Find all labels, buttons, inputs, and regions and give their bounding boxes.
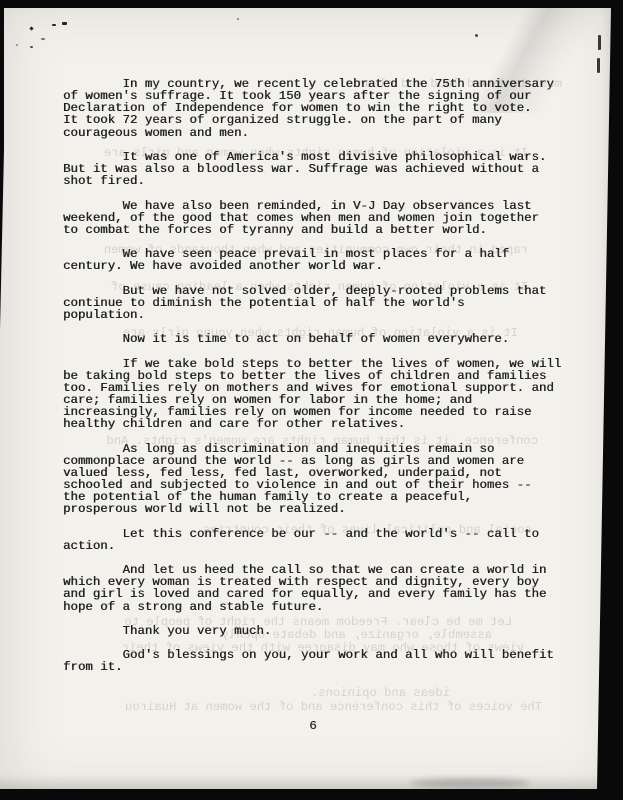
staple-mark-icon (597, 58, 600, 73)
paragraph: As long as discrimination and inequities… (63, 443, 569, 516)
staple-mark-icon (598, 35, 601, 50)
ink-speck (52, 24, 56, 26)
paper-sheet: must be heard loud and clear. It is a vi… (0, 0, 623, 800)
paragraph: But we have not solved older, deeply-roo… (63, 285, 569, 321)
paragraph: We have also been reminded, in V-J Day o… (63, 200, 569, 236)
paragraph: We have seen peace prevail in most place… (63, 248, 569, 272)
ink-speck (16, 44, 18, 46)
paragraph: Let this conference be our -- and the wo… (63, 528, 569, 552)
page-number: 6 (63, 719, 563, 733)
bleedthrough-line: The voices of this conference and of the… (72, 700, 542, 714)
ink-speck (30, 46, 33, 48)
bleedthrough-line: ideas and opinions. (150, 686, 450, 700)
speech-text-block: In my country, we recently celebrated th… (63, 78, 569, 686)
ink-speck (475, 34, 478, 37)
paragraph: Now it is time to act on behalf of women… (63, 333, 569, 345)
paragraph: God's blessings on you, your work and al… (63, 649, 569, 673)
ink-speck (62, 22, 67, 25)
ink-speck (29, 26, 33, 30)
ink-speck (41, 38, 45, 40)
paragraph: And let us heed the call so that we can … (63, 564, 569, 613)
paragraph: It was one of America's most divisive ph… (63, 151, 569, 187)
paragraph: In my country, we recently celebrated th… (63, 78, 569, 139)
ink-speck (237, 18, 239, 20)
paragraph: Thank you very much. (63, 625, 569, 637)
scanned-page: must be heard loud and clear. It is a vi… (0, 0, 623, 800)
paragraph: If we take bold steps to better the live… (63, 358, 569, 431)
scan-smudge (410, 778, 530, 788)
